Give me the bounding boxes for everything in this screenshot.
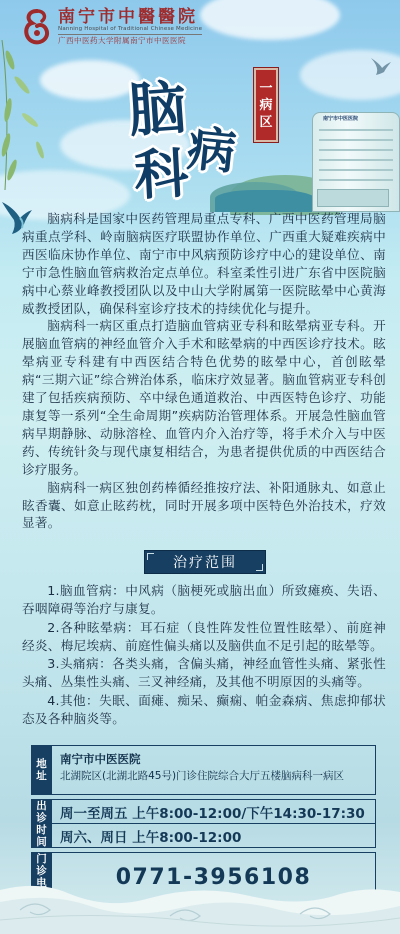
scope-item: 3.头痛病：各类头痛，含偏头痛，神经血管性头痛、紧张性头痛、丛集性头痛、三叉神经… [22,655,386,692]
hospital-name-en: Nanning Hospital of Traditional Chinese … [58,26,202,35]
scope-section-title: 治疗范围 [144,550,266,574]
weekday-hours: 周一至周五 上午8:00-12:00/下午14:30-17:30 [52,800,375,823]
ward-tag-char: 一 [259,80,272,97]
address-hospital-name: 南宁市中医医院 [60,750,367,768]
building-sign: 南宁市中医医院 [323,115,358,122]
hero-title-char: 病 [185,110,240,184]
cloud-wave-decoration-icon [0,880,400,934]
trees [215,190,315,212]
hospital-affiliation: 广西中医药大学附属南宁市中医医院 [58,36,202,46]
scope-item: 1.脑血管病：中风病（脑梗死或脑出血）所致瘫痪、失语、吞咽障碍等治疗与康复。 [22,582,386,619]
ward-tag-char: 病 [259,97,272,114]
scope-item: 4.其他：失眠、面瘫、痴呆、癫痫、帕金森病、焦虑抑郁状态及各种脑炎等。 [22,692,386,729]
intro-paragraph: 脑病科一病区独创药棒循经推按疗法、补阳通脉丸、如意止眩香囊、如意止眩药枕，同时开… [22,479,386,533]
address-label: 地 址 [31,745,52,795]
hospital-emblem-icon [22,9,52,45]
address-detail: 北湖院区(北湖北路45号)门诊住院综合大厅五楼脑病科一病区 [60,768,367,784]
clinic-hours-label: 出 诊 时 间 [31,799,52,848]
address-block: 地 址 南宁市中医医院 北湖院区(北湖北路45号)门诊住院综合大厅五楼脑病科一病… [31,745,376,795]
clinic-hours-block: 出 诊 时 间 周一至周五 上午8:00-12:00/下午14:30-17:30… [31,799,376,848]
weekend-hours: 周六、周日 上午8:00-12:00 [52,823,375,847]
hospital-name-cn: 南宁市中醫醫院 [58,8,202,26]
hero-title-char: 科 [132,131,190,211]
cloud [200,0,340,40]
intro-paragraph: 脑病科一病区重点打造脑血管病亚专科和眩晕病亚专科。开展脑血管病的神经血管介入手术… [22,317,386,478]
scope-item: 2.各种眩晕病：耳石症（良性阵发性位置性眩晕）、前庭神经炎、梅尼埃病、前庭性偏头… [22,619,386,656]
poster: 南宁市中醫醫院 Nanning Hospital of Traditional … [0,0,400,934]
building-entrance [317,189,389,207]
ward-tag: 一 病 区 [254,68,278,142]
hospital-building: 南宁市中医医院 [312,112,400,212]
hospital-logo: 南宁市中醫醫院 Nanning Hospital of Traditional … [22,8,202,46]
intro-paragraph: 脑病科是国家中医药管理局重点专科、广西中医药管理局脑病重点学科、岭南脑病医疗联盟… [22,210,386,317]
willow-branch-icon [0,40,60,190]
intro-text: 脑病科是国家中医药管理局重点专科、广西中医药管理局脑病重点学科、岭南脑病医疗联盟… [22,210,386,532]
swallow-icon [370,56,392,76]
ward-tag-char: 区 [259,114,272,131]
treatment-scope-list: 1.脑血管病：中风病（脑梗死或脑出血）所致瘫痪、失语、吞咽障碍等治疗与康复。 2… [22,582,386,728]
